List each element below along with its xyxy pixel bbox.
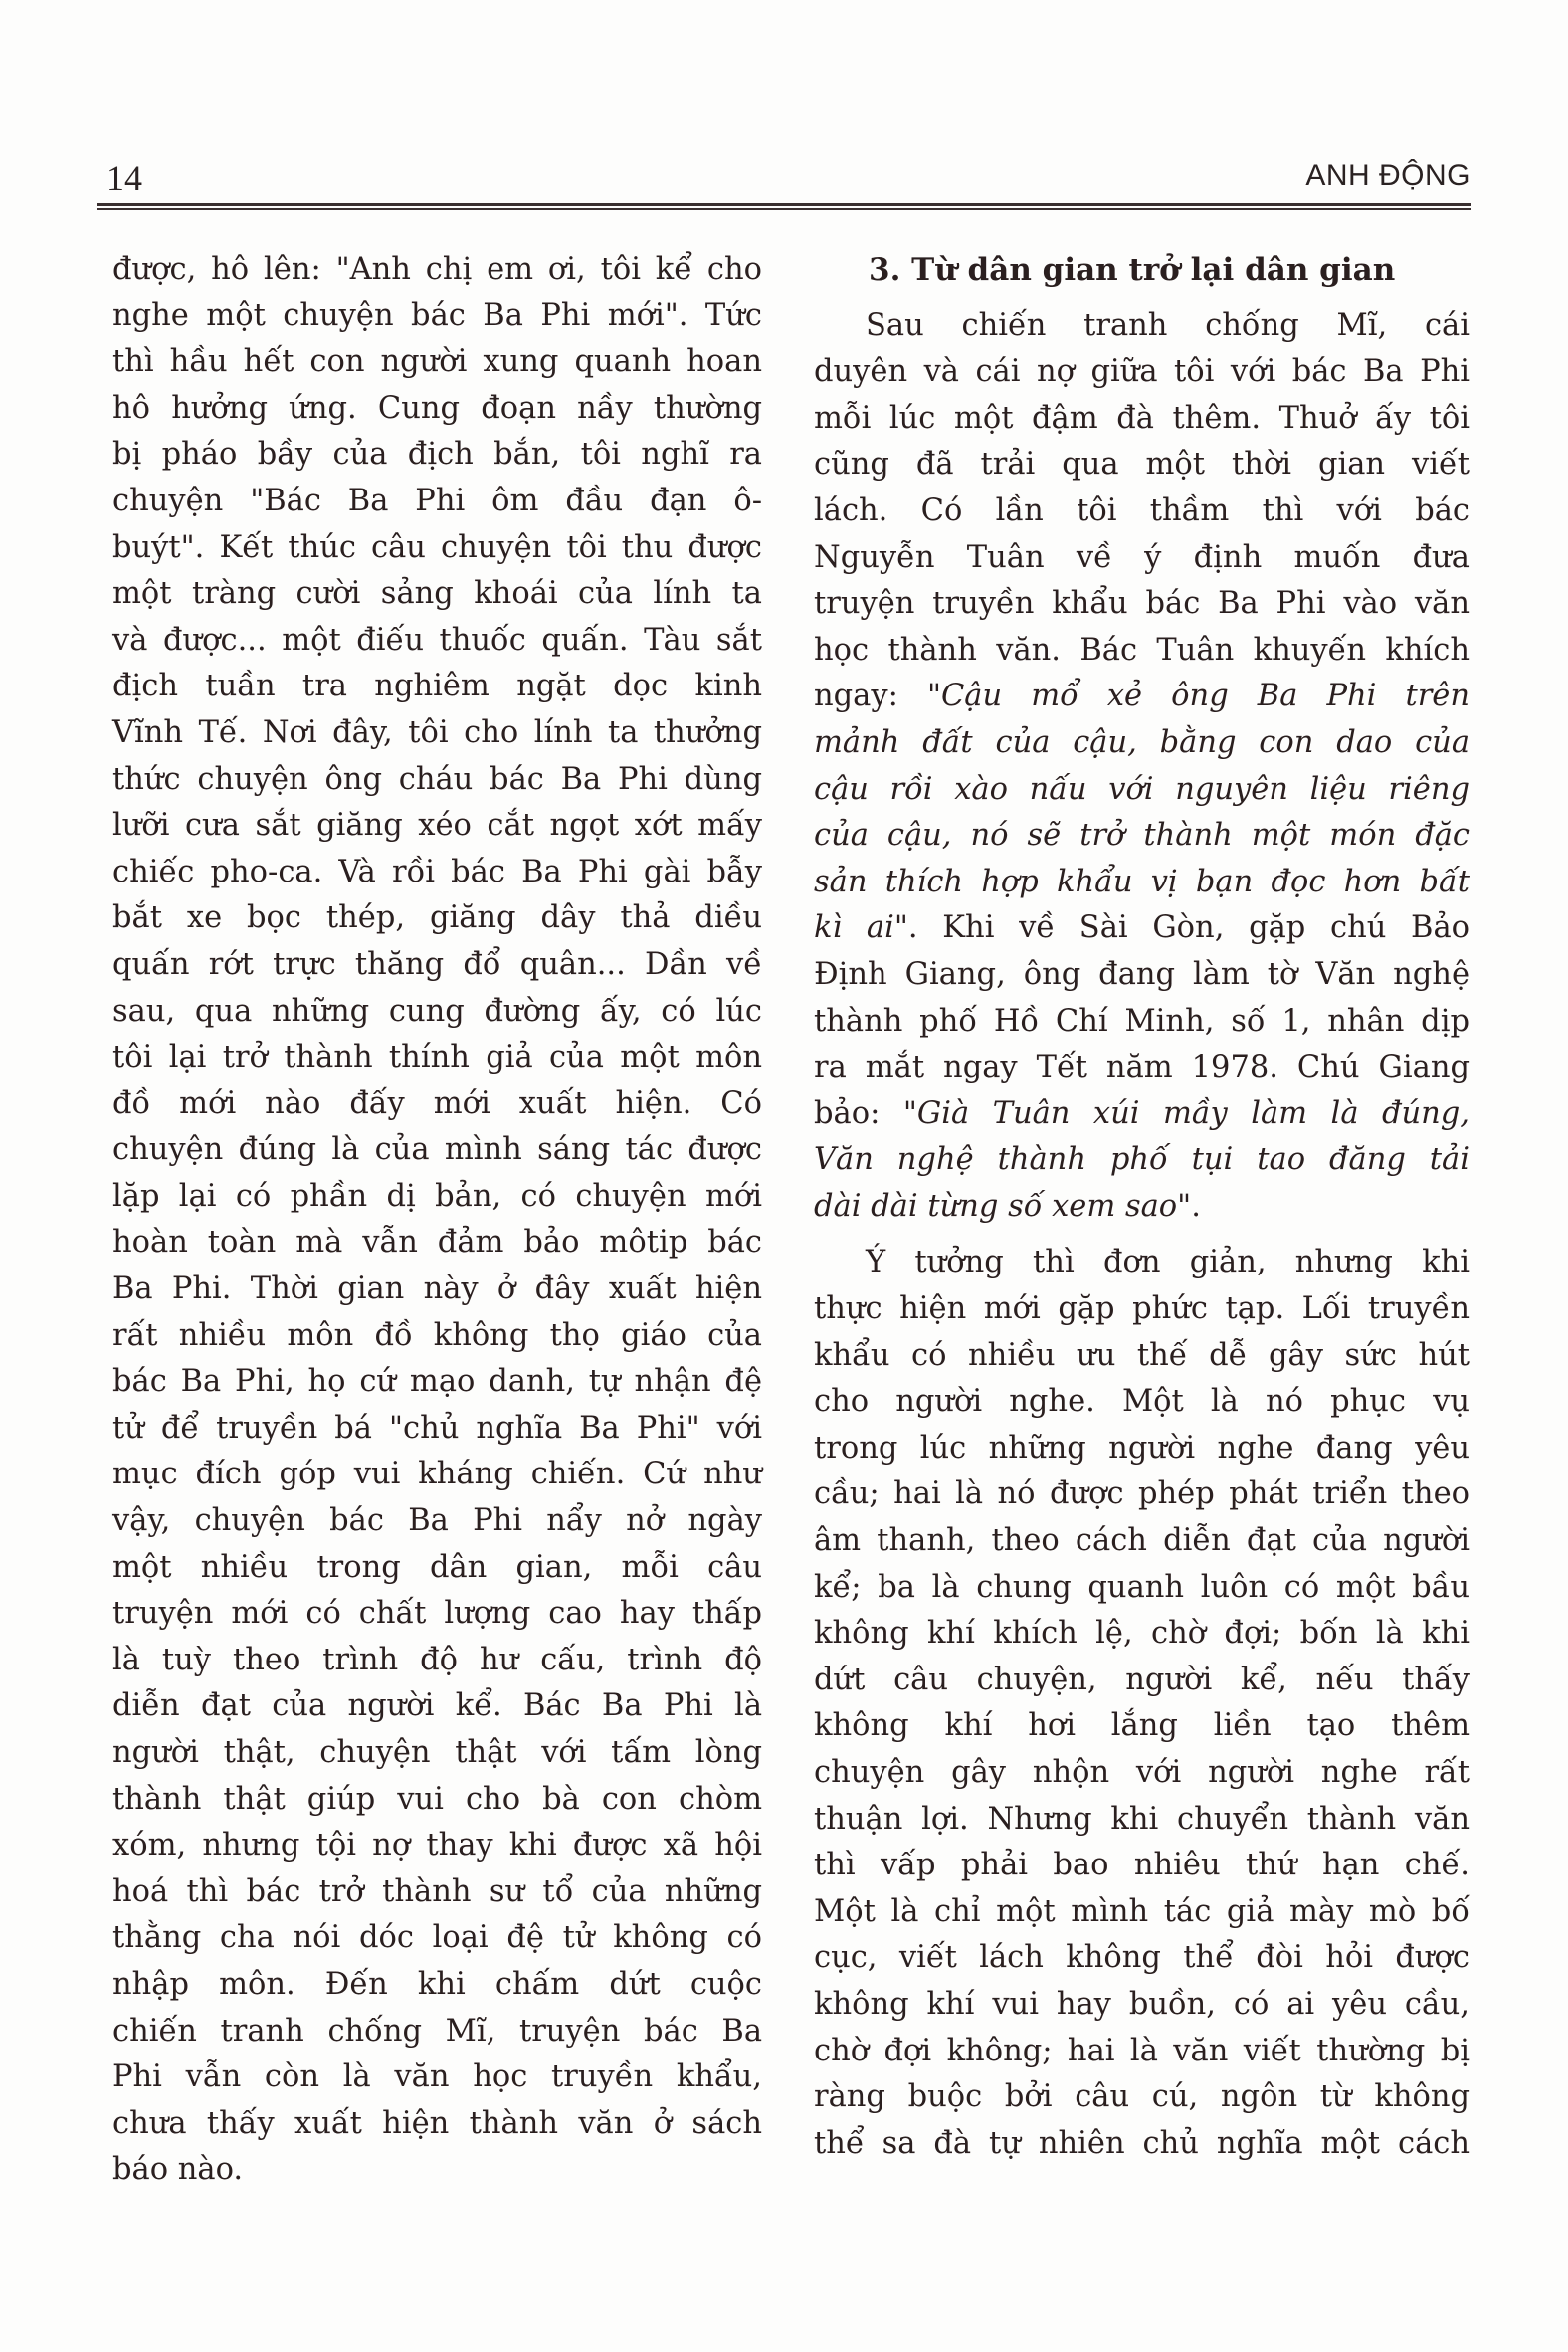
text-line: một nhiều trong dân gian, mỗi câu — [112, 1545, 762, 1592]
text-line: buýt". Kết thúc câu chuyện tôi thu được — [112, 525, 762, 572]
text-line: chiến tranh chống Mĩ, truyện bác Ba — [112, 2009, 762, 2056]
text-line: lưỡi cưa sắt giăng xéo cắt ngọt xớt mấy — [112, 803, 762, 850]
text-line: cục, viết lách không thể đòi hỏi được — [814, 1935, 1470, 1982]
text-line: là tuỳ theo trình độ hư cấu, trình độ — [112, 1638, 762, 1684]
text-line: học thành văn. Bác Tuân khuyến khích — [814, 628, 1470, 675]
text-segment: . Khi về Sài Gòn, gặp chú Bảo — [908, 910, 1470, 945]
text-line: vậy, chuyện bác Ba Phi nẩy nở ngày — [112, 1498, 762, 1545]
text-line: dứt câu chuyện, người kể, nếu thấy — [814, 1658, 1470, 1704]
text-line: cầu; hai là nó được phép phát triển theo — [814, 1471, 1470, 1518]
text-line: hoàn toàn mà vẫn đảm bảo môtip bác — [112, 1220, 762, 1267]
text-line: kể; ba là chung quanh luôn có một bầu — [814, 1565, 1470, 1612]
text-line: duyên và cái nợ giữa tôi với bác Ba Phi — [814, 349, 1470, 396]
text-line: khẩu có nhiều ưu thế dễ gây sức hút — [814, 1333, 1470, 1380]
text-line: chuyện đúng là của mình sáng tác được — [112, 1127, 762, 1174]
text-line: nhập môn. Đến khi chấm dứt cuộc — [112, 1962, 762, 2009]
text-line: cho người nghe. Một là nó phục vụ — [814, 1379, 1470, 1426]
text-line: cậu rồi xào nấu với nguyên liệu riêng — [814, 767, 1470, 814]
text-line: không khí hơi lắng liền tạo thêm — [814, 1703, 1470, 1750]
text-segment: ngay: — [814, 679, 927, 713]
text-segment: bảo: — [814, 1096, 903, 1131]
text-line: đồ mới nào đấy mới xuất hiện. Có — [112, 1081, 762, 1128]
text-line: và được... một điếu thuốc quấn. Tàu sắt — [112, 618, 762, 665]
text-line: trong lúc những người nghe đang yêu — [814, 1426, 1470, 1472]
text-line: hoá thì bác trở thành sư tổ của những — [112, 1869, 762, 1916]
text-segment: học thành văn. Bác Tuân khuyến khích — [814, 633, 1470, 668]
text-line: ngay: "Cậu mổ xẻ ông Ba Phi trên — [814, 674, 1470, 720]
text-line: kì ai". Khi về Sài Gòn, gặp chú Bảo — [814, 905, 1470, 952]
italic-quote-text: cậu rồi xào nấu với nguyên liệu riêng — [814, 772, 1470, 807]
text-line: chiếc pho-ca. Và rồi bác Ba Phi gài bẫy — [112, 850, 762, 896]
text-segment: Nguyễn Tuân về ý định muốn đưa — [814, 540, 1470, 575]
italic-quote-text: kì ai" — [814, 910, 908, 945]
text-line: được, hô lên: "Anh chị em ơi, tôi kể cho — [112, 247, 762, 294]
text-line: Nguyễn Tuân về ý định muốn đưa — [814, 535, 1470, 582]
text-line: người thật, chuyện thật với tấm lòng — [112, 1730, 762, 1777]
text-segment: cũng đã trải qua một thời gian viết — [814, 447, 1470, 482]
text-line: báo nào. — [112, 2147, 762, 2194]
text-line: sau, qua những cung đường ấy, có lúc — [112, 989, 762, 1036]
italic-quote-text: sản thích hợp khẩu vị bạn đọc hơn bất — [814, 865, 1470, 899]
text-segment: ra mắt ngay Tết năm 1978. Chú Giang — [814, 1050, 1470, 1084]
text-line: Vĩnh Tế. Nơi đây, tôi cho lính ta thưởng — [112, 710, 762, 757]
text-line: Sau chiến tranh chống Mĩ, cái — [814, 303, 1470, 350]
text-line: tử để truyền bá "chủ nghĩa Ba Phi" với — [112, 1406, 762, 1453]
text-line: âm thanh, theo cách diễn đạt của người — [814, 1518, 1470, 1565]
text-line: bác Ba Phi, họ cứ mạo danh, tự nhận đệ — [112, 1359, 762, 1406]
header-double-rule — [97, 203, 1471, 210]
italic-quote-text: mảnh đất của cậu, bằng con dao của — [814, 725, 1470, 760]
text-segment: thành phố Hồ Chí Minh, số 1, nhân dịp — [814, 1004, 1470, 1039]
text-line: rất nhiều môn đồ không thọ giáo của — [112, 1313, 762, 1360]
text-line: chuyện "Bác Ba Phi ôm đầu đạn ô- — [112, 479, 762, 525]
text-line: Một là chỉ một mình tác giả mày mò bố — [814, 1889, 1470, 1936]
text-line: thuận lợi. Nhưng khi chuyển thành văn — [814, 1797, 1470, 1844]
italic-quote-text: "Già Tuân xúi mầy làm là đúng, — [903, 1096, 1470, 1131]
text-line: ràng buộc bởi câu cú, ngôn từ không — [814, 2074, 1470, 2121]
text-line: sản thích hợp khẩu vị bạn đọc hơn bất — [814, 860, 1470, 906]
italic-quote-text: dài dài từng số xem sao" — [814, 1189, 1191, 1224]
text-line: của cậu, nó sẽ trở thành một món đặc — [814, 813, 1470, 860]
text-line: thức chuyện ông cháu bác Ba Phi dùng — [112, 757, 762, 804]
left-column: được, hô lên: "Anh chị em ơi, tôi kể cho… — [112, 247, 762, 2194]
italic-quote-text: của cậu, nó sẽ trở thành một món đặc — [814, 818, 1470, 853]
text-line: Ba Phi. Thời gian này ở đây xuất hiện — [112, 1267, 762, 1313]
text-line: thể sa đà tự nhiên chủ nghĩa một cách — [814, 2121, 1470, 2168]
text-line: chuyện gây nhộn với người nghe rất — [814, 1750, 1470, 1797]
text-line: Định Giang, ông đang làm tờ Văn nghệ — [814, 952, 1470, 999]
text-line: bắt xe bọc thép, giăng dây thả diều — [112, 895, 762, 942]
text-line: truyện truyền khẩu bác Ba Phi vào văn — [814, 581, 1470, 628]
text-line: mảnh đất của cậu, bằng con dao của — [814, 720, 1470, 767]
paragraph-gap — [814, 1230, 1470, 1240]
text-segment: truyện truyền khẩu bác Ba Phi vào văn — [814, 586, 1470, 621]
text-line: địch tuần tra nghiêm ngặt dọc kinh — [112, 664, 762, 710]
text-line: thì vấp phải bao nhiêu thứ hạn chế. — [814, 1843, 1470, 1889]
text-line: bảo: "Già Tuân xúi mầy làm là đúng, — [814, 1091, 1470, 1138]
text-line: thành phố Hồ Chí Minh, số 1, nhân dịp — [814, 999, 1470, 1046]
running-head-author: ANH ĐỘNG — [1305, 159, 1470, 193]
text-segment: . — [1191, 1189, 1201, 1224]
text-line: mục đích góp vui kháng chiến. Cứ như — [112, 1452, 762, 1498]
text-line: cũng đã trải qua một thời gian viết — [814, 442, 1470, 489]
text-line: truyện mới có chất lượng cao hay thấp — [112, 1591, 762, 1638]
heading-gap — [814, 294, 1470, 303]
text-line: chưa thấy xuất hiện thành văn ở sách — [112, 2101, 762, 2148]
text-line: không khí vui hay buồn, có ai yêu cầu, — [814, 1982, 1470, 2029]
text-line: thành thật giúp vui cho bà con chòm — [112, 1777, 762, 1824]
text-line: Văn nghệ thành phố tụi tao đăng tải — [814, 1137, 1470, 1184]
text-line: Ý tưởng thì đơn giản, nhưng khi — [814, 1240, 1470, 1286]
text-segment: Định Giang, ông đang làm tờ Văn nghệ — [814, 957, 1470, 992]
text-line: Phi vẫn còn là văn học truyền khẩu, — [112, 2055, 762, 2101]
text-line: hô hưởng ứng. Cung đoạn nầy thường — [112, 386, 762, 433]
text-line: tôi lại trở thành thính giả của một môn — [112, 1035, 762, 1081]
text-line: không khí khích lệ, chờ đợi; bốn là khi — [814, 1611, 1470, 1658]
right-column: 3. Từ dân gian trở lại dân gian Sau chiế… — [814, 247, 1470, 2167]
text-line: xóm, nhưng tội nợ thay khi được xã hội — [112, 1823, 762, 1869]
text-segment: mỗi lúc một đậm đà thêm. Thuở ấy tôi — [814, 401, 1470, 436]
italic-quote-text: "Cậu mổ xẻ ông Ba Phi trên — [927, 679, 1470, 713]
text-line: nghe một chuyện bác Ba Phi mới". Tức — [112, 294, 762, 340]
text-line: dài dài từng số xem sao". — [814, 1184, 1470, 1231]
text-line: diễn đạt của người kể. Bác Ba Phi là — [112, 1683, 762, 1730]
text-segment: Sau chiến tranh chống Mĩ, cái — [866, 308, 1470, 343]
section-heading: 3. Từ dân gian trở lại dân gian — [814, 247, 1470, 294]
text-line: chờ đợi không; hai là văn viết thường bị — [814, 2029, 1470, 2075]
text-line: ra mắt ngay Tết năm 1978. Chú Giang — [814, 1045, 1470, 1091]
text-line: mỗi lúc một đậm đà thêm. Thuở ấy tôi — [814, 396, 1470, 443]
text-line: một tràng cười sảng khoái của lính ta — [112, 571, 762, 618]
text-line: lặp lại có phần dị bản, có chuyện mới — [112, 1174, 762, 1221]
text-segment: lách. Có lần tôi thầm thì với bác — [814, 493, 1470, 528]
text-line: bị pháo bầy của địch bắn, tôi nghĩ ra — [112, 432, 762, 479]
text-line: lách. Có lần tôi thầm thì với bác — [814, 489, 1470, 535]
text-line: thằng cha nói dóc loại đệ tử không có — [112, 1915, 762, 1962]
paragraph-2: Ý tưởng thì đơn giản, nhưng khithực hiện… — [814, 1240, 1470, 2167]
italic-quote-text: Văn nghệ thành phố tụi tao đăng tải — [814, 1142, 1470, 1177]
text-line: thực hiện mới gặp phức tạp. Lối truyền — [814, 1286, 1470, 1333]
paragraph-1: Sau chiến tranh chống Mĩ, cáiduyên và cá… — [814, 303, 1470, 1231]
text-line: quấn rớt trực thăng đổ quân... Dần về — [112, 942, 762, 989]
page-number: 14 — [106, 157, 142, 199]
text-line: thì hầu hết con người xung quanh hoan — [112, 339, 762, 386]
text-segment: duyên và cái nợ giữa tôi với bác Ba Phi — [814, 354, 1470, 389]
